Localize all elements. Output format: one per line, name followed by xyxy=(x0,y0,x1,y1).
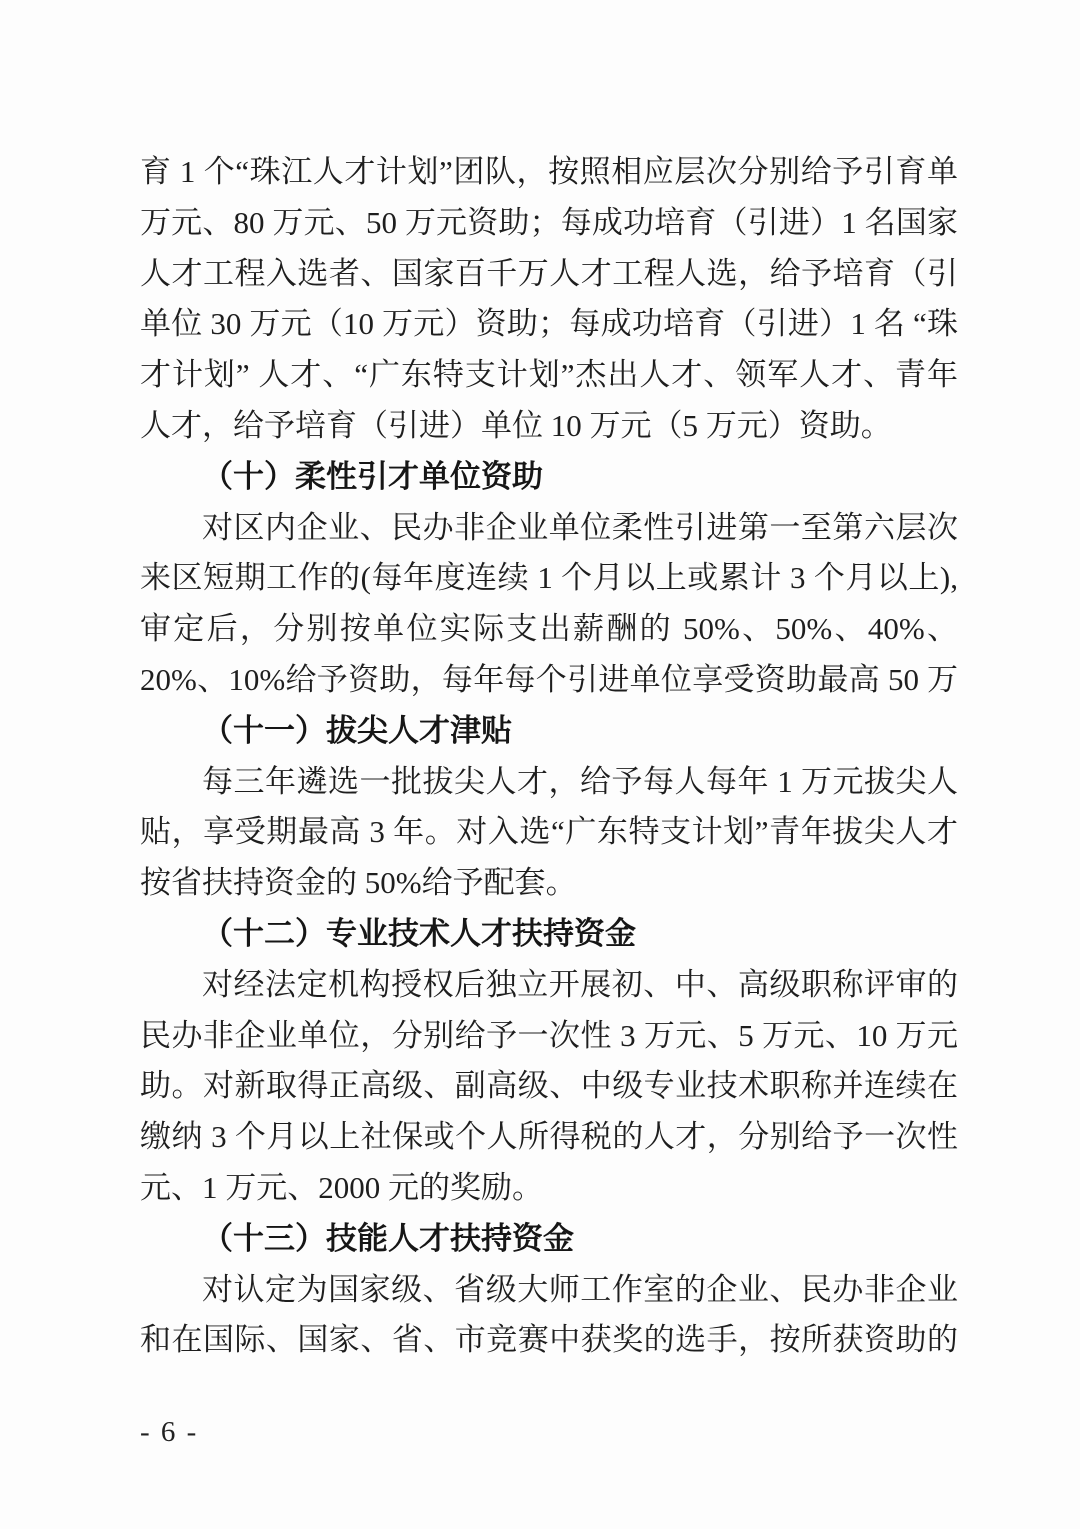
text-line: （十）柔性引才单位资助 xyxy=(140,452,958,503)
page-number: - 6 - xyxy=(140,1410,198,1454)
text-line: 审定后，分别按单位实际支出薪酬的 50%、50%、40%、30%、 xyxy=(140,604,958,655)
document-body: 育 1 个“珠江人才计划”团队，按照相应层次分别给予引育单位 100万元、80 … xyxy=(140,147,958,1366)
text-line: 贴，享受期最高 3 年。对入选“广东特支计划”青年拔尖人才的， xyxy=(140,807,958,858)
text-line: 缴纳 3 个月以上社保或个人所得税的人才，分别给予一次性 2 万 xyxy=(140,1112,958,1163)
text-line: 单位 30 万元（10 万元）资助；每成功培育（引进）1 名 “珠江人 xyxy=(140,299,958,350)
text-line: 人才工程入选者、国家百千万人才工程人选，给予培育（引进） xyxy=(140,249,958,300)
document-page: 育 1 个“珠江人才计划”团队，按照相应层次分别给予引育单位 100万元、80 … xyxy=(0,0,1080,1529)
text-line: 育 1 个“珠江人才计划”团队，按照相应层次分别给予引育单位 100 xyxy=(140,147,958,198)
text-line: 才计划” 人才、“广东特支计划”杰出人才、领军人才、青年拔尖 xyxy=(140,350,958,401)
text-line: （十三）技能人才扶持资金 xyxy=(140,1214,958,1265)
text-line: 和在国际、国家、省、市竞赛中获奖的选手，按所获资助的 100% xyxy=(140,1315,958,1366)
text-line: 民办非企业单位，分别给予一次性 3 万元、5 万元、10 万元的资 xyxy=(140,1011,958,1062)
text-line: 元、1 万元、2000 元的奖励。 xyxy=(140,1163,958,1214)
text-line: 20%、10%给予资助，每年每个引进单位享受资助最高 50 万元。 xyxy=(140,655,958,706)
text-line: 每三年遴选一批拔尖人才，给予每人每年 1 万元拔尖人才津 xyxy=(140,757,958,808)
text-line: 按省扶持资金的 50%给予配套。 xyxy=(140,858,958,909)
text-line: 对认定为国家级、省级大师工作室的企业、民办非企业单位， xyxy=(140,1265,958,1316)
text-line: 助。对新取得正高级、副高级、中级专业技术职称并连续在区内 xyxy=(140,1061,958,1112)
text-line: （十二）专业技术人才扶持资金 xyxy=(140,909,958,960)
text-line: （十一）拔尖人才津贴 xyxy=(140,706,958,757)
text-line: 来区短期工作的(每年度连续 1 个月以上或累计 3 个月以上), 经 xyxy=(140,553,958,604)
text-line: 人才，给予培育（引进）单位 10 万元（5 万元）资助。 xyxy=(140,401,958,452)
text-line: 对区内企业、民办非企业单位柔性引进第一至第六层次人才 xyxy=(140,503,958,554)
text-line: 对经法定机构授权后独立开展初、中、高级职称评审的企业、 xyxy=(140,960,958,1011)
text-line: 万元、80 万元、50 万元资助；每成功培育（引进）1 名国家重大 xyxy=(140,198,958,249)
